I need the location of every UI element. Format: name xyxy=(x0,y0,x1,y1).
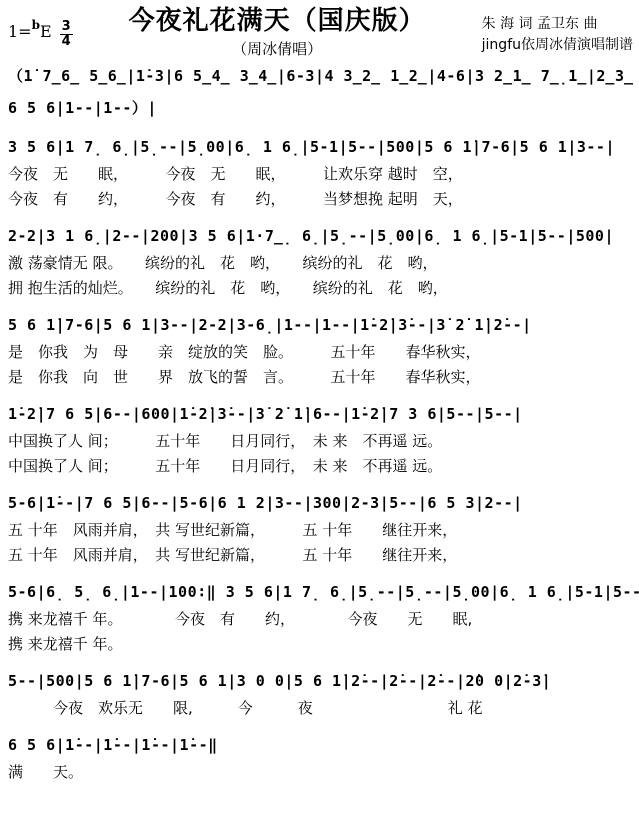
system-intro-1: （1̇ 7̲6̲ 5̲6̲|1̇-3|6 5̲4̲ 3̲4̲|6-3|4 3̲2… xyxy=(8,61,633,91)
system-verse-1: 3 5 6|1 7̣ 6̣|5̣--|5̣00|6̣ 1 6̣|5-1|5--|… xyxy=(8,132,633,212)
lyrics-line: 携 来龙禧千 年。 今夜 有 约， 今夜 无 眠, xyxy=(8,607,633,632)
music-line-4: 2-2|3 1 6̣|2--|200|3 5 6|1·7̲̣ 6̣|5̣--|5… xyxy=(8,221,633,251)
music-line-8: 5-6|6̣ 5̣ 6̣|1--|100∶‖ 3 5 6|1 7̣ 6̣|5̣-… xyxy=(8,577,633,607)
lyrics-line: 中国换了人 间； 五十年 日月同行， 未 来 不再遥 远。 xyxy=(8,454,633,479)
music-line-6: 1̇-2̇|7 6 5|6--|600|1̇-2̇|3̇--|3̇ 2̇ 1̇|… xyxy=(8,399,633,429)
system-intro-2: 6 5 6|1--|1--）| xyxy=(8,93,633,123)
header: 1=bE 3 4 今夜礼花满天（国庆版） （周冰倩唱） 朱 海 词 孟卫东 曲 … xyxy=(8,6,633,59)
music-line-1: （1̇ 7̲6̲ 5̲6̲|1̇-3|6 5̲4̲ 3̲4̲|6-3|4 3̲2… xyxy=(8,61,633,91)
system-verse-5: 5-6|1̇--|7 6 5|6--|5-6|6 1 2|3--|300|2-3… xyxy=(8,488,633,568)
system-verse-2: 2-2|3 1 6̣|2--|200|3 5 6|1·7̲̣ 6̣|5̣--|5… xyxy=(8,221,633,301)
page-title: 今夜礼花满天（国庆版） xyxy=(73,6,482,37)
credits: 朱 海 词 孟卫东 曲 jingfu依周冰倩演唱制谱 xyxy=(482,14,633,56)
key-prefix: 1= xyxy=(8,22,32,41)
title-block: 今夜礼花满天（国庆版） （周冰倩唱） xyxy=(73,6,482,59)
system-ending: 6 5 6|1̇--|1̇--|1̇--|1̇--‖ 满 天。 xyxy=(8,730,633,785)
sheet-music-page: 1=bE 3 4 今夜礼花满天（国庆版） （周冰倩唱） 朱 海 词 孟卫东 曲 … xyxy=(0,0,639,785)
system-verse-6: 5-6|6̣ 5̣ 6̣|1--|100∶‖ 3 5 6|1 7̣ 6̣|5̣-… xyxy=(8,577,633,657)
lyrics-line: 中国换了人 间； 五十年 日月同行， 未 来 不再遥 远。 xyxy=(8,429,633,454)
composer-credit: 朱 海 词 孟卫东 曲 xyxy=(482,14,633,35)
time-denominator: 4 xyxy=(60,34,73,49)
music-line-2: 6 5 6|1--|1--）| xyxy=(8,93,633,123)
lyrics-line: 是 你我 为 母 亲 绽放的笑 脸。 五十年 春华秋实， xyxy=(8,340,633,365)
lyrics-line: 携 来龙禧千 年。 xyxy=(8,632,633,657)
flat-accidental: b xyxy=(32,18,40,32)
lyrics-line: 是 你我 向 世 界 放飞的誓 言。 五十年 春华秋实， xyxy=(8,365,633,390)
music-line-10: 6 5 6|1̇--|1̇--|1̇--|1̇--‖ xyxy=(8,730,633,760)
key-note: E xyxy=(40,22,52,41)
music-line-3: 3 5 6|1 7̣ 6̣|5̣--|5̣00|6̣ 1 6̣|5-1|5--|… xyxy=(8,132,633,162)
system-verse-3: 5 6 1̇|7-6|5 6 1|3--|2-2|3-6̣|1--|1--|1̇… xyxy=(8,310,633,390)
music-line-7: 5-6|1̇--|7 6 5|6--|5-6|6 1 2|3--|300|2-3… xyxy=(8,488,633,518)
time-signature: 3 4 xyxy=(60,20,73,48)
lyrics-line: 拥 抱生活的灿烂。 缤纷的礼 花 哟， 缤纷的礼 花 哟， xyxy=(8,276,633,301)
lyrics-line: 五 十年 风雨并肩， 共 写世纪新篇， 五 十年 继往开来， xyxy=(8,543,633,568)
lyrics-line: 今夜 有 约， 今夜 有 约， 当梦想挽 起明 天， xyxy=(8,187,633,212)
key-signature: 1=bE 3 4 xyxy=(8,22,73,48)
lyrics-line: 激 荡豪情无 限。 缤纷的礼 花 哟， 缤纷的礼 花 哟， xyxy=(8,251,633,276)
lyrics-line: 今夜 欢乐无 限, 今 夜 礼 花 xyxy=(8,696,633,721)
arranger-credit: jingfu依周冰倩演唱制谱 xyxy=(482,35,633,56)
lyrics-line: 今夜 无 眠， 今夜 无 眠， 让欢乐穿 越时 空， xyxy=(8,162,633,187)
system-verse-4: 1̇-2̇|7 6 5|6--|600|1̇-2̇|3̇--|3̇ 2̇ 1̇|… xyxy=(8,399,633,479)
singer-subtitle: （周冰倩唱） xyxy=(73,38,482,59)
lyrics-line: 五 十年 风雨并肩， 共 写世纪新篇， 五 十年 继往开来， xyxy=(8,518,633,543)
music-line-9: 5--|500|5 6 1̇|7-6|5 6 1|3 0 0|5 6 1̇|2̇… xyxy=(8,666,633,696)
lyrics-line: 满 天。 xyxy=(8,760,633,785)
system-verse-7: 5--|500|5 6 1̇|7-6|5 6 1|3 0 0|5 6 1̇|2̇… xyxy=(8,666,633,721)
time-numerator: 3 xyxy=(62,20,71,34)
music-line-5: 5 6 1̇|7-6|5 6 1|3--|2-2|3-6̣|1--|1--|1̇… xyxy=(8,310,633,340)
